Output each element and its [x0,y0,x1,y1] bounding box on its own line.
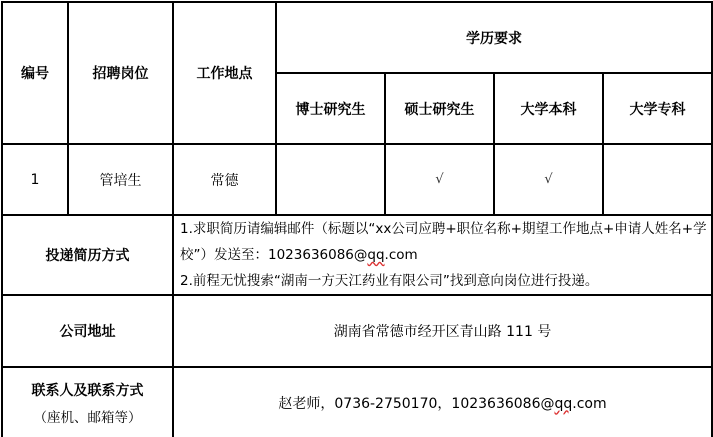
header-location: 工作地点 [173,2,276,144]
submission-line-2: 2.前程无忧搜索“湖南一方天江药业有限公司”找到意向岗位进行投递。 [180,268,711,294]
header-phd: 博士研究生 [276,73,385,144]
header-position: 招聘岗位 [68,2,173,144]
contact-email-domain: qq [554,396,572,412]
row-associate-check [603,144,712,215]
row-masters-check: √ [385,144,494,215]
contact-label-cell: 联系人及联系方式 （座机、邮箱等） [2,367,173,437]
recruitment-table: 编号 招聘岗位 工作地点 学历要求 博士研究生 硕士研究生 大学本科 大学专科 … [1,1,713,437]
email-suffix: .com [385,247,418,263]
row-phd-check [276,144,385,215]
header-masters: 硕士研究生 [385,73,494,144]
header-associate: 大学专科 [603,73,712,144]
contact-label: 联系人及联系方式 [32,383,144,399]
address-label: 公司地址 [2,295,173,367]
table-row: 1 管培生 常德 √ √ [2,144,712,215]
row-id: 1 [2,144,68,215]
submission-instructions: 1.求职简历请编辑邮件（标题以“xx公司应聘+职位名称+期望工作地点+申请人姓名… [173,215,712,295]
contact-sublabel: （座机、邮箱等） [3,406,172,426]
row-bachelor-check: √ [494,144,603,215]
submission-email-text: 1.求职简历请编辑邮件（标题以“xx公司应聘+职位名称+期望工作地点+申请人姓名… [180,221,707,263]
submission-label: 投递简历方式 [2,215,173,295]
contact-value: 赵老师，0736-2750170，1023636086@qq.com [173,367,712,437]
email-domain: qq [367,247,384,263]
header-bachelor: 大学本科 [494,73,603,144]
header-education-requirements: 学历要求 [276,2,712,73]
contact-email-suffix: .com [572,396,606,412]
row-position: 管培生 [68,144,173,215]
address-value: 湖南省常德市经开区青山路 111 号 [173,295,712,367]
contact-text: 赵老师，0736-2750170，1023636086@ [278,396,554,412]
submission-line-1: 1.求职简历请编辑邮件（标题以“xx公司应聘+职位名称+期望工作地点+申请人姓名… [180,216,711,268]
header-id: 编号 [2,2,68,144]
row-location: 常德 [173,144,276,215]
